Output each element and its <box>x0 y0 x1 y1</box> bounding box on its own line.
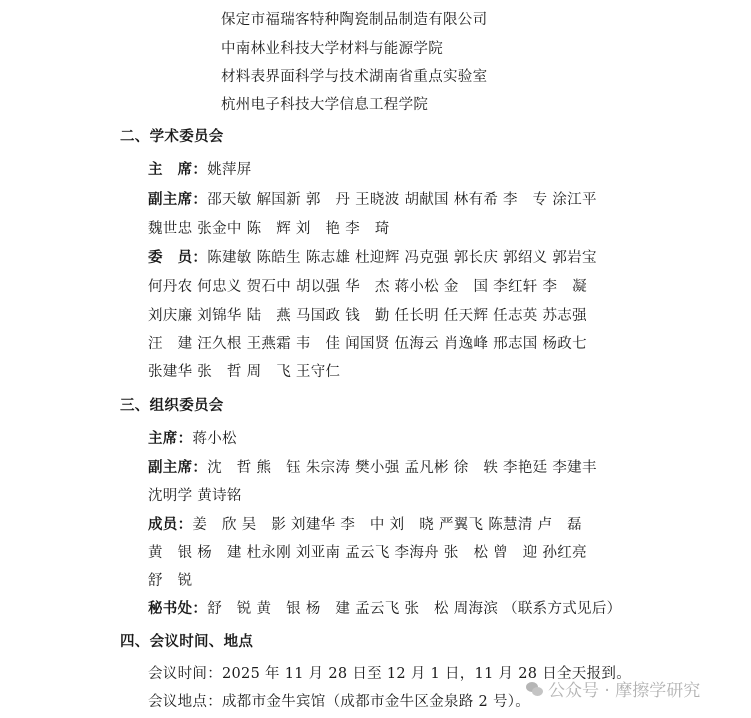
academic-members: 委 员：陈建敏 陈皓生 陈志雄 杜迎辉 冯克强 郭长庆 郭绍义 郭岩宝 <box>148 249 597 267</box>
section-heading-academic: 二、学术委员会 <box>120 128 224 146</box>
label: 成员： <box>148 517 192 533</box>
organizing-vice-chairs: 副主席：沈 哲 熊 钰 朱宗涛 樊小强 孟凡彬 徐 轶 李艳廷 李建丰 <box>148 459 597 477</box>
academic-vice-chairs-cont: 魏世忠 张金中 陈 辉 刘 艳 李 琦 <box>148 220 390 238</box>
value: 姜 欣 吴 影 刘建华 李 中 刘 晓 严翼飞 陈慧清 卢 磊 <box>192 517 582 533</box>
meeting-place: 会议地点：成都市金牛宾馆（成都市金牛区金泉路 2 号）。 <box>148 693 530 711</box>
label: 副主席： <box>148 460 207 476</box>
label: 秘书处： <box>148 601 207 617</box>
secretariat: 秘书处：舒 锐 黄 银 杨 建 孟云飞 张 松 周海滨 （联系方式见后） <box>148 600 621 618</box>
section-heading-meeting: 四、会议时间、地点 <box>120 633 253 651</box>
value: 邵天敏 解国新 郭 丹 王晓波 胡献国 林有希 李 专 涂江平 <box>207 192 597 208</box>
academic-members-cont: 汪 建 汪久根 王燕霜 韦 佳 闻国贤 伍海云 肖逸峰 邢志国 杨政七 <box>148 335 587 353</box>
academic-vice-chairs: 副主席：邵天敏 解国新 郭 丹 王晓波 胡献国 林有希 李 专 涂江平 <box>148 191 597 209</box>
organizer-line: 中南林业科技大学材料与能源学院 <box>221 40 443 58</box>
organizing-members-cont: 舒 锐 <box>148 572 192 590</box>
value: 舒 锐 黄 银 杨 建 孟云飞 张 松 周海滨 （联系方式见后） <box>207 601 621 617</box>
watermark: 公众号 · 摩擦学研究 <box>526 676 700 701</box>
academic-chair: 主 席：姚萍屏 <box>148 161 252 179</box>
value: 蒋小松 <box>192 431 236 447</box>
academic-members-cont: 刘庆廉 刘锦华 陆 燕 马国政 钱 勤 任长明 任天辉 任志英 苏志强 <box>148 307 587 325</box>
value: 沈 哲 熊 钰 朱宗涛 樊小强 孟凡彬 徐 轶 李艳廷 李建丰 <box>207 460 597 476</box>
label: 主席： <box>148 431 192 447</box>
organizing-members-cont: 黄 银 杨 建 杜永刚 刘亚南 孟云飞 李海舟 张 松 曾 迎 孙红亮 <box>148 544 587 562</box>
label: 委 员： <box>148 250 207 266</box>
organizer-line: 保定市福瑞客特种陶瓷制品制造有限公司 <box>221 11 487 29</box>
section-heading-organizing: 三、组织委员会 <box>120 397 224 415</box>
label: 主 席： <box>148 162 207 178</box>
organizer-line: 材料表界面科学与技术湖南省重点实验室 <box>221 68 487 86</box>
value: 姚萍屏 <box>207 162 251 178</box>
organizing-members: 成员：姜 欣 吴 影 刘建华 李 中 刘 晓 严翼飞 陈慧清 卢 磊 <box>148 516 582 534</box>
organizing-chair: 主席：蒋小松 <box>148 430 237 448</box>
wechat-icon <box>526 681 544 697</box>
watermark-text: 公众号 · 摩擦学研究 <box>548 676 700 701</box>
academic-members-cont: 何丹农 何忠义 贺石中 胡以强 华 杰 蒋小松 金 国 李红轩 李 凝 <box>148 278 587 296</box>
organizer-line: 杭州电子科技大学信息工程学院 <box>221 96 428 114</box>
label: 副主席： <box>148 192 207 208</box>
academic-members-cont: 张建华 张 哲 周 飞 王守仁 <box>148 363 340 381</box>
organizing-vice-chairs-cont: 沈明学 黄诗铭 <box>148 487 242 505</box>
value: 陈建敏 陈皓生 陈志雄 杜迎辉 冯克强 郭长庆 郭绍义 郭岩宝 <box>207 250 597 266</box>
